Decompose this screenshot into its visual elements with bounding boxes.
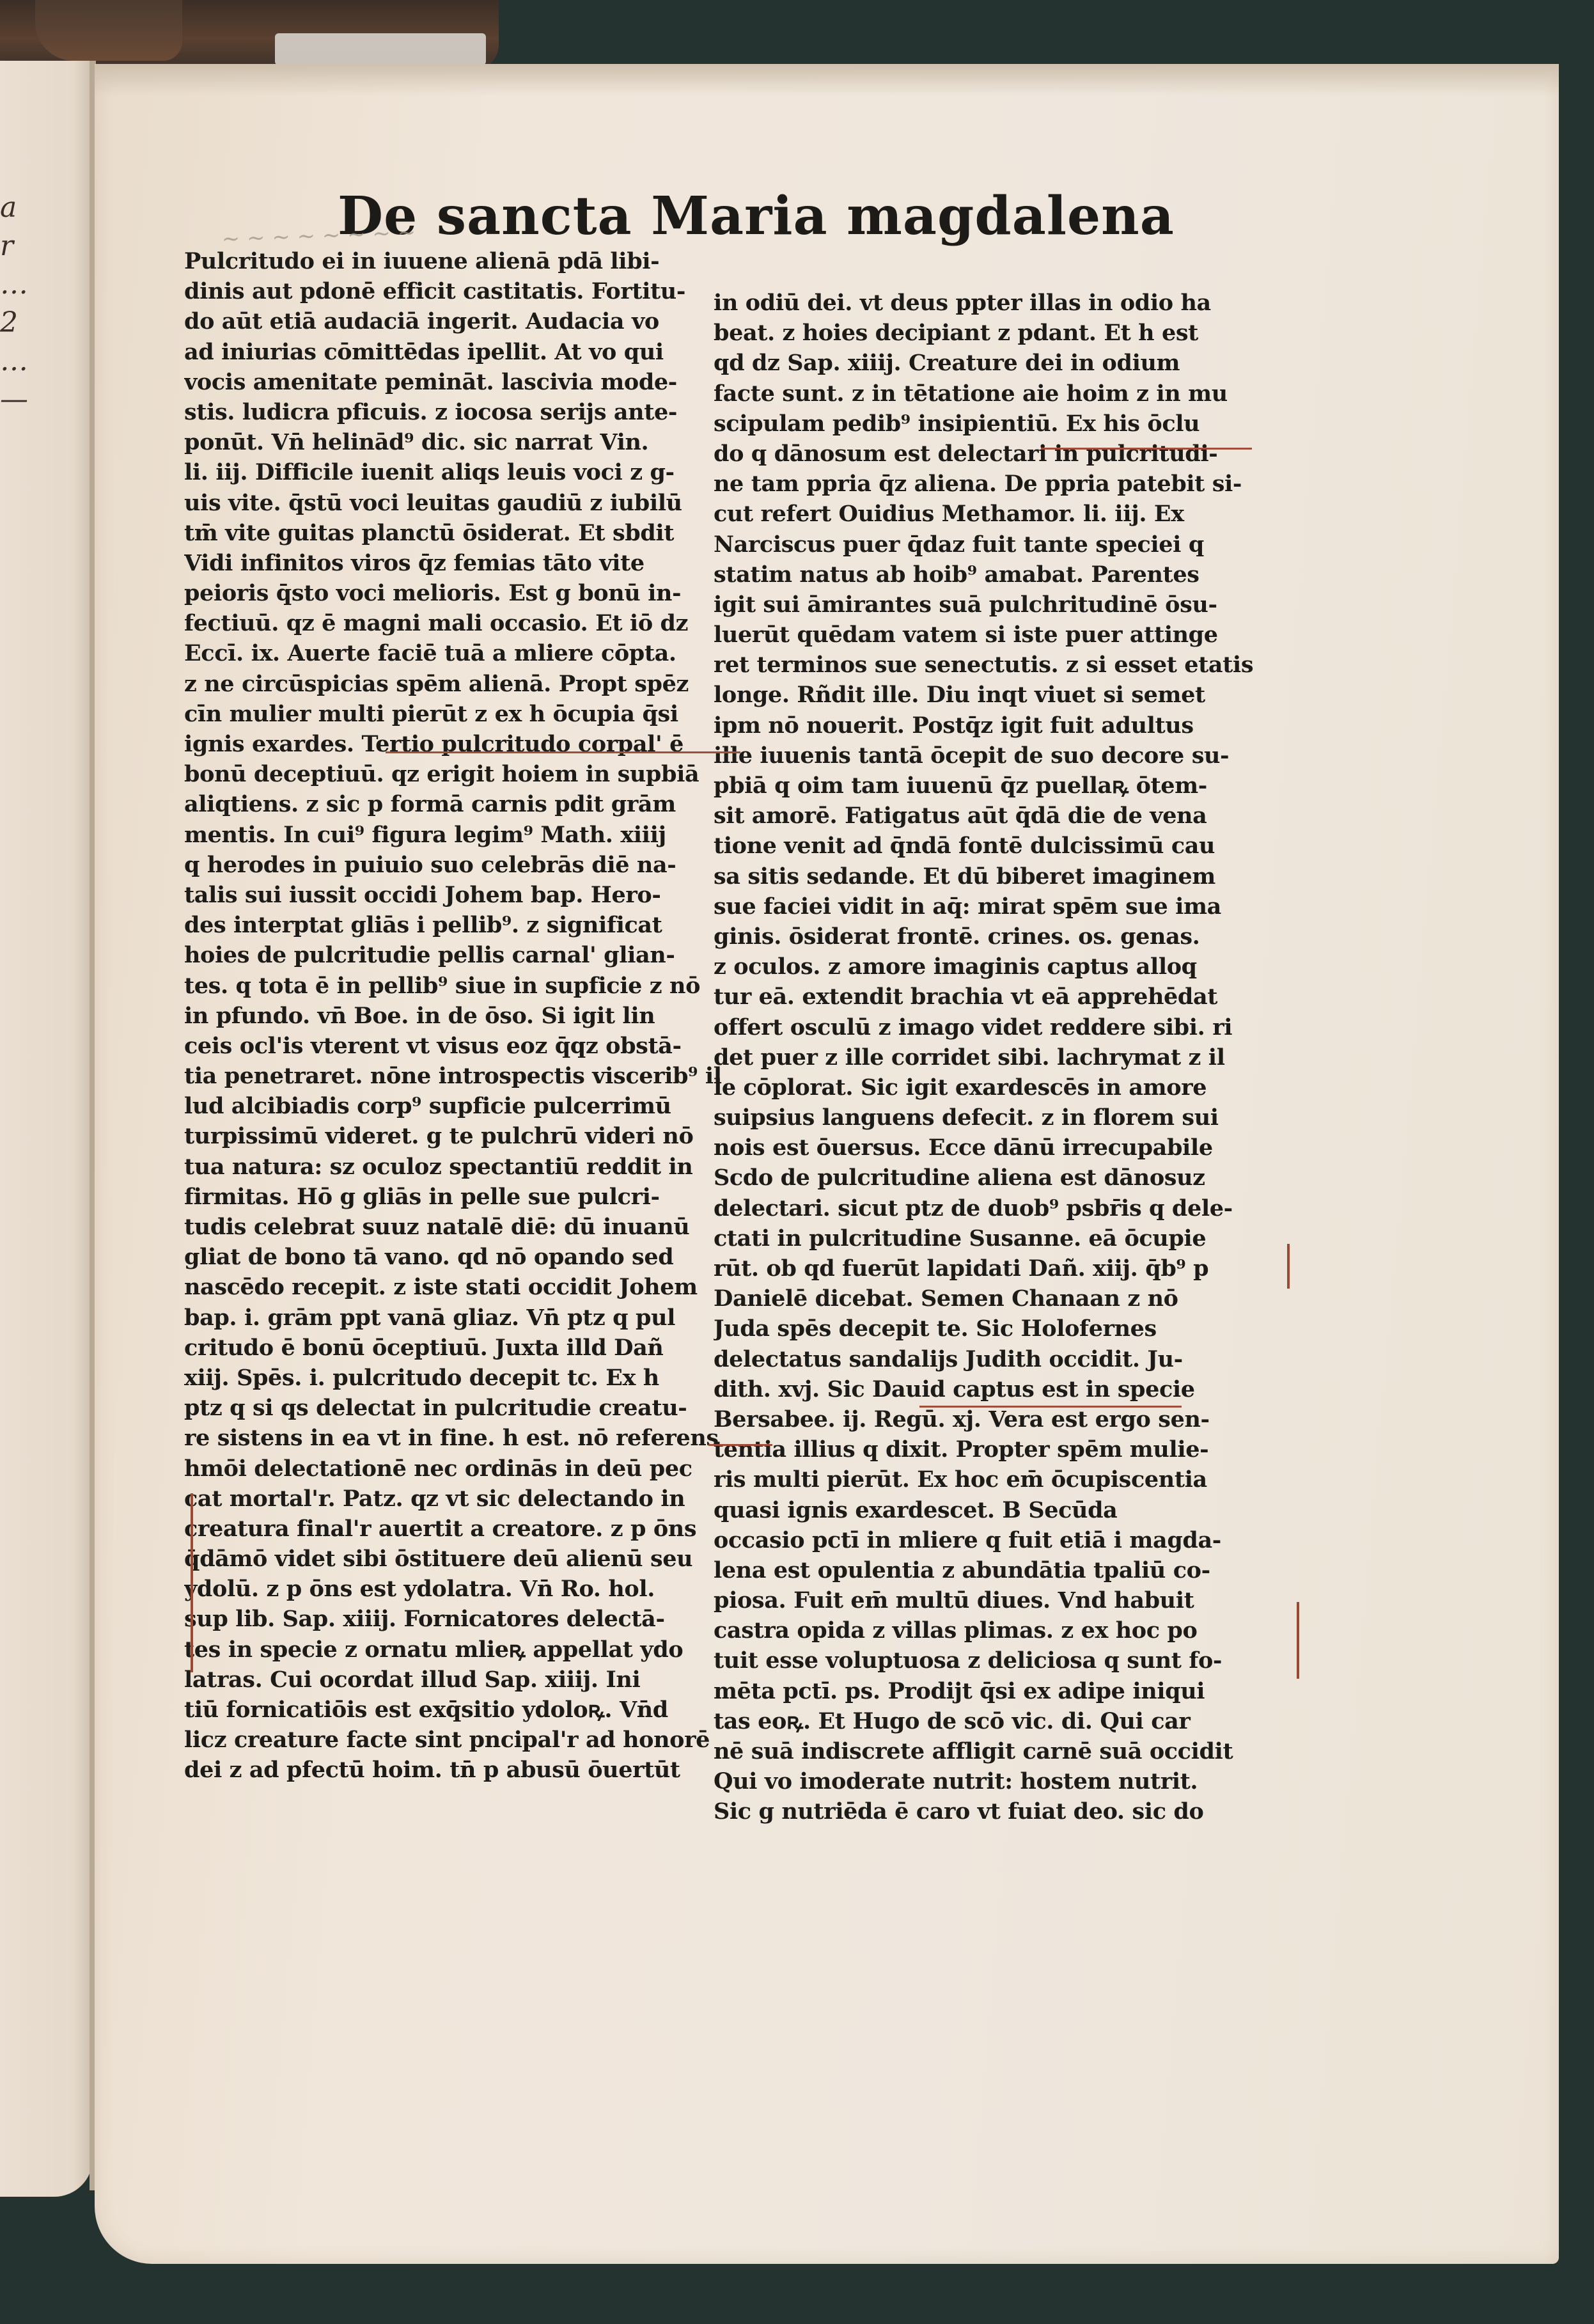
text-line: rūt. ob qd fuerūt lapidati Dañ. xiij. q̄… <box>714 1253 1270 1284</box>
rubric-underline <box>919 1406 1182 1408</box>
text-line: q̄dāmō videt sibi ōstituere deū alienū s… <box>184 1544 734 1574</box>
text-line: ydolū. z p ōns est ydolatra. Vn̄ Ro. hol… <box>184 1574 734 1604</box>
rubric-bracket <box>1297 1602 1299 1679</box>
text-line: igit sui āmirantes suā pulchritudinē ōsu… <box>714 590 1270 620</box>
text-line: in pfundo. vn̄ Boe. in de ōso. Si igit l… <box>184 1001 734 1031</box>
text-line: ginis. ōsiderat frontē. crines. os. gena… <box>714 922 1270 952</box>
text-line: det puer z ille corridet sibi. lachrymat… <box>714 1042 1270 1072</box>
rubric-underline <box>708 1444 772 1446</box>
text-line: ponūt. Vn̄ helinād⁹ dic. sic narrat Vin. <box>184 427 734 457</box>
text-line: longe. Rñdit ille. Diu inqt viuet si sem… <box>714 680 1270 710</box>
text-line: luerūt quēdam vatem si iste puer attinge <box>714 620 1270 650</box>
text-line: cut refert Ouidius Methamor. li. iij. Ex <box>714 499 1270 529</box>
text-line: firmitas. Hō g gliās in pelle sue pulcri… <box>184 1182 734 1212</box>
text-line: facte sunt. z in tētatione aie hoim z in… <box>714 379 1270 409</box>
text-line: des interptat gliās i pellib⁹. z signifi… <box>184 910 734 940</box>
text-line: ris multi pierūt. Ex hoc em̄ ōcupiscenti… <box>714 1464 1270 1495</box>
text-line: talis sui iussit occidi Johem bap. Hero- <box>184 880 734 910</box>
text-line: vocis amenitate pemināt. lascivia mode- <box>184 367 734 397</box>
text-line: piosa. Fuit em̄ multū diues. Vnd habuit <box>714 1585 1270 1615</box>
rubric-underline <box>1041 448 1252 450</box>
text-line: creatura final'r auertit a creatore. z p… <box>184 1514 734 1544</box>
left-facing-page: a r … 2 … — <box>0 61 93 2197</box>
text-line: tione venit ad q̄ndā fontē dulcissimū ca… <box>714 831 1270 861</box>
text-line: re sistens in ea vt in fine. h est. nō r… <box>184 1423 734 1453</box>
page-edge-shadow <box>95 64 1559 96</box>
text-line: tur eā. extendit brachia vt eā apprehēda… <box>714 982 1270 1012</box>
text-line: tas eoꝶ. Et Hugo de scō vic. di. Qui car <box>714 1706 1270 1736</box>
text-line: stis. ludicra pficuis. z iocosa serijs a… <box>184 397 734 427</box>
text-line: statim natus ab hoib⁹ amabat. Parentes <box>714 560 1270 590</box>
text-line: cat mortal'r. Patz. qz vt sic delectando… <box>184 1484 734 1514</box>
marginalia-mark: … <box>0 342 51 381</box>
text-line: tua natura: sz oculoz spectantiū reddit … <box>184 1152 734 1182</box>
text-line: lena est opulentia z abundātia tpaliū co… <box>714 1555 1270 1585</box>
text-line: z ne circūspicias spēm alienā. Propt spē… <box>184 669 734 699</box>
text-line: castra opida z villas plimas. z ex hoc p… <box>714 1615 1270 1645</box>
text-line: nois est ōuersus. Ecce dānū irrecupabile <box>714 1133 1270 1163</box>
text-line: ignis exardes. Tertio pulcritudo corpal'… <box>184 729 734 759</box>
text-line: ceis ocl'is vterent vt visus eoz q̄qz ob… <box>184 1031 734 1061</box>
text-line: gliat de bono tā vano. qd nō opando sed <box>184 1242 734 1272</box>
text-line: tes. q tota ē in pellib⁹ siue in supfici… <box>184 971 734 1001</box>
text-line: Bersabee. ij. Regū. xj. Vera est ergo se… <box>714 1404 1270 1434</box>
text-line: Eccī. ix. Auerte faciē tuā a mliere cōpt… <box>184 638 734 668</box>
text-line: ipm nō nouerit. Postq̄z igit fuit adultu… <box>714 711 1270 741</box>
text-line: ne tam ppria q̄z aliena. De ppria patebi… <box>714 469 1270 499</box>
text-line: nascēdo recepit. z iste stati occidit Jo… <box>184 1272 734 1302</box>
text-line: lud alcibiadis corp⁹ supficie pulcerrimū <box>184 1091 734 1121</box>
text-line: z oculos. z amore imaginis captus alloq <box>714 952 1270 982</box>
text-line: qd dz Sap. xiiij. Creature dei in odium <box>714 348 1270 378</box>
text-line: sue faciei vidit in aq̄: mirat spēm sue … <box>714 891 1270 922</box>
text-line: xiij. Spēs. i. pulcritudo decepit tc. Ex… <box>184 1363 734 1393</box>
text-line: beat. z hoies decipiant z pdant. Et h es… <box>714 318 1270 348</box>
text-line: sup lib. Sap. xiiij. Fornicatores delect… <box>184 1604 734 1634</box>
text-line: pbiā q oim tam iuuenū q̄z puellaꝶ ōtem- <box>714 771 1270 801</box>
text-line: tes in specie z ornatu mlieꝶ appellat yd… <box>184 1635 734 1665</box>
text-line: aliqtiens. z sic p formā carnis pdit grā… <box>184 789 734 819</box>
rubric-bracket <box>191 1493 193 1672</box>
text-line: bap. i. grām ppt vanā gliaz. Vn̄ ptz q p… <box>184 1303 734 1333</box>
text-line: tia penetraret. nōne introspectis viscer… <box>184 1061 734 1091</box>
text-line: tuit esse voluptuosa z deliciosa q sunt … <box>714 1645 1270 1676</box>
text-line: tiū fornicatiōis est exq̄sitio ydoloꝶ. V… <box>184 1695 734 1725</box>
marginalia-mark: — <box>0 381 51 419</box>
text-line: uis vite. q̄stū voci leuitas gaudiū z iu… <box>184 488 734 518</box>
text-line: quasi ignis exardescet. B Secūda <box>714 1495 1270 1525</box>
text-line: tentia illius q dixit. Propter spēm muli… <box>714 1434 1270 1464</box>
text-line: critudo ē bonū ōceptiuū. Juxta illd Dañ <box>184 1333 734 1363</box>
text-line: hoies de pulcritudie pellis carnal' glia… <box>184 940 734 970</box>
text-column-right: in odiū dei. vt deus ppter illas in odio… <box>714 288 1270 1827</box>
text-line: delectatus sandalijs Judith occidit. Ju- <box>714 1344 1270 1374</box>
text-line: ret terminos sue senectutis. z si esset … <box>714 650 1270 680</box>
text-line: Vidi infinitos viros q̄z femias tāto vit… <box>184 548 734 578</box>
text-line: mēta pctī. ps. Prodijt q̄si ex adipe ini… <box>714 1676 1270 1706</box>
text-line: turpissimū videret. g te pulchrū videri … <box>184 1121 734 1151</box>
text-line: cīn mulier multi pierūt z ex h ōcupia q̄… <box>184 699 734 729</box>
text-line: ptz q si qs delectat in pulcritudie crea… <box>184 1393 734 1423</box>
text-line: dinis aut pdonē efficit castitatis. Fort… <box>184 276 734 306</box>
text-line: do q dānosum est delectari in pulcritudi… <box>714 439 1270 469</box>
text-line: sit amorē. Fatigatus aūt q̄dā die de ven… <box>714 801 1270 831</box>
text-line: peioris q̄sto voci melioris. Est g bonū … <box>184 578 734 608</box>
text-line: latras. Cui ocordat illud Sap. xiiij. In… <box>184 1665 734 1695</box>
text-line: dith. xvj. Sic Dauid captus est in speci… <box>714 1374 1270 1404</box>
text-line: bonū deceptiuū. qz erigit hoiem in supbi… <box>184 759 734 789</box>
text-line: licz creature facte sint pncipal'r ad ho… <box>184 1725 734 1755</box>
text-line: suipsius languens defecit. z in florem s… <box>714 1103 1270 1133</box>
marginalia-mark: 2 <box>0 304 51 342</box>
text-line: dei z ad pfectū hoim. tn̄ p abusū ōuertū… <box>184 1755 734 1785</box>
text-line: Sic g nutriēda ē caro vt fuiat deo. sic … <box>714 1796 1270 1826</box>
text-line: in odiū dei. vt deus ppter illas in odio… <box>714 288 1270 318</box>
text-line: q herodes in puiuio suo celebrās diē na- <box>184 850 734 880</box>
text-line: Danielē dicebat. Semen Chanaan z nō <box>714 1284 1270 1314</box>
text-line: ad iniurias cōmittēdas ipellit. At vo qu… <box>184 337 734 367</box>
text-line: ctati in pulcritudine Susanne. eā ōcupie <box>714 1223 1270 1253</box>
marginalia-mark: … <box>0 265 51 304</box>
text-line: tm̄ vite guitas planctū ōsiderat. Et sbd… <box>184 518 734 548</box>
text-line: Juda spēs decepit te. Sic Holofernes <box>714 1314 1270 1344</box>
text-line: nē suā indiscrete affligit carnē suā occ… <box>714 1736 1270 1766</box>
text-line: le cōplorat. Sic igit exardescēs in amor… <box>714 1072 1270 1103</box>
left-page-marginalia: a r … 2 … — <box>0 189 51 419</box>
text-line: hmōi delectationē nec ordinās in deū pec <box>184 1454 734 1484</box>
text-line: li. iij. Difficile iuenit aliqs leuis vo… <box>184 457 734 487</box>
text-line: delectari. sicut ptz de duob⁹ psbr̄is q … <box>714 1193 1270 1223</box>
text-line: tudis celebrat suuz natalē diē: dū inuan… <box>184 1212 734 1242</box>
text-line: Pulcritudo ei in iuuene alienā pdā libi- <box>184 246 734 276</box>
binding-strap <box>35 0 182 61</box>
text-line: mentis. In cui⁹ figura legim⁹ Math. xiii… <box>184 820 734 850</box>
page: De sancta Maria magdalena ~ ~ ~ ~ ~ ~ ~ … <box>95 64 1559 2264</box>
marginalia-mark: a <box>0 189 51 227</box>
binding-label <box>275 33 486 65</box>
text-line: occasio pctī in mliere q fuit etiā i mag… <box>714 1525 1270 1555</box>
text-line: offert osculū z imago videt reddere sibi… <box>714 1012 1270 1042</box>
book-binding <box>0 0 499 70</box>
text-line: ille iuuenis tantā ōcepit de suo decore … <box>714 741 1270 771</box>
marginalia-mark: r <box>0 227 51 265</box>
rubric-underline <box>386 751 740 753</box>
text-line: fectiuū. qz ē magni mali occasio. Et iō … <box>184 608 734 638</box>
text-line: Narciscus puer q̄daz fuit tante speciei … <box>714 530 1270 560</box>
text-column-left: Pulcritudo ei in iuuene alienā pdā libi-… <box>184 246 734 1786</box>
text-line: sa sitis sedande. Et dū biberet imaginem <box>714 861 1270 891</box>
text-line: do aūt etiā audaciā ingerit. Audacia vo <box>184 306 734 336</box>
rubric-bracket <box>1287 1244 1290 1289</box>
text-line: Qui vo imoderate nutrit: hostem nutrit. <box>714 1766 1270 1796</box>
text-line: scipulam pedib⁹ insipientiū. Ex his ōclu <box>714 409 1270 439</box>
text-line: Scdo de pulcritudine aliena est dānosuz <box>714 1163 1270 1193</box>
